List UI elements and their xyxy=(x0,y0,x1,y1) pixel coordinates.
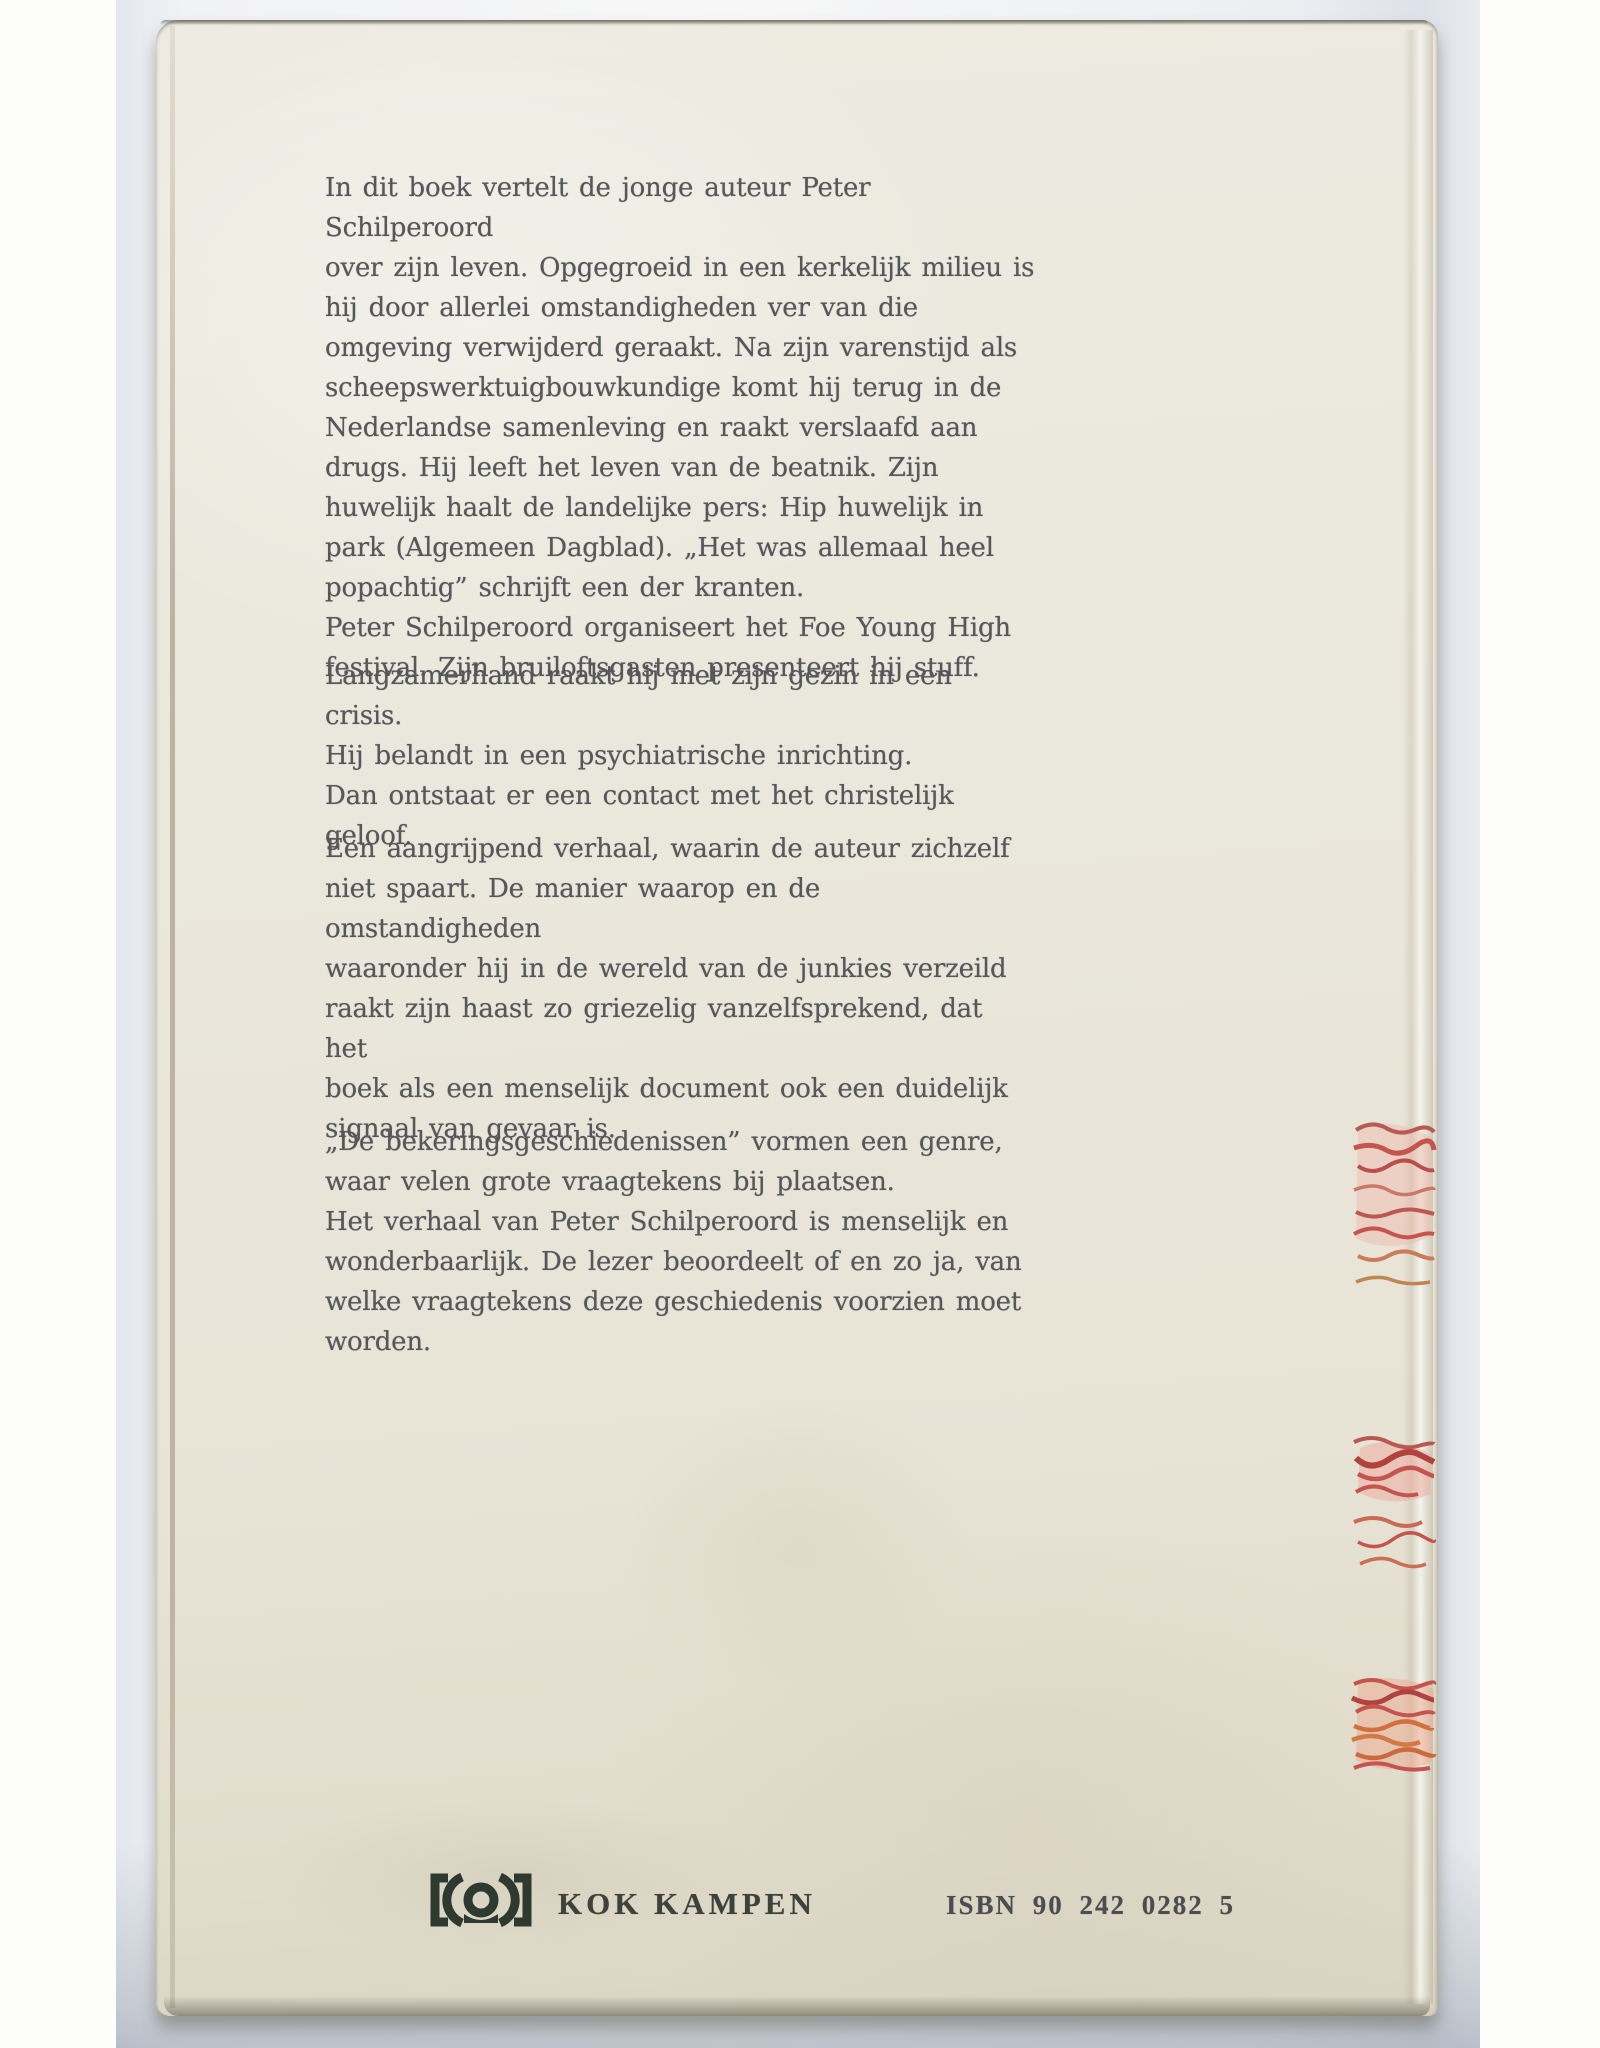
red-pen-scribble-marks-icon xyxy=(1348,1116,1440,1296)
book-back-cover-photo: In dit boek vertelt de jonge auteur Pete… xyxy=(0,0,1600,2048)
red-pen-scribble-marks-icon xyxy=(1346,1672,1442,1776)
book-spine-edge xyxy=(170,26,175,2008)
blurb-paragraph-4: „De bekeringsgeschiedenissen” vormen een… xyxy=(325,1122,1035,1362)
blurb-paragraph-1: In dit boek vertelt de jonge auteur Pete… xyxy=(325,168,1035,688)
isbn-number: ISBN 90 242 0282 5 xyxy=(946,1890,1235,1921)
red-pen-scribble-marks-icon xyxy=(1348,1430,1440,1582)
book-top-edge xyxy=(160,20,1428,25)
paper-stain xyxy=(618,1397,978,1697)
publisher-name: KOK KAMPEN xyxy=(558,1886,816,1922)
kok-publisher-logo-icon xyxy=(428,1872,534,1928)
blurb-paragraph-3: Een aangrijpend verhaal, waarin de auteu… xyxy=(325,829,1035,1149)
blurb-paragraph-2: Langzamerhand raakt hij met zijn gezin i… xyxy=(325,656,1035,856)
book-bottom-edge xyxy=(164,1996,1430,2016)
